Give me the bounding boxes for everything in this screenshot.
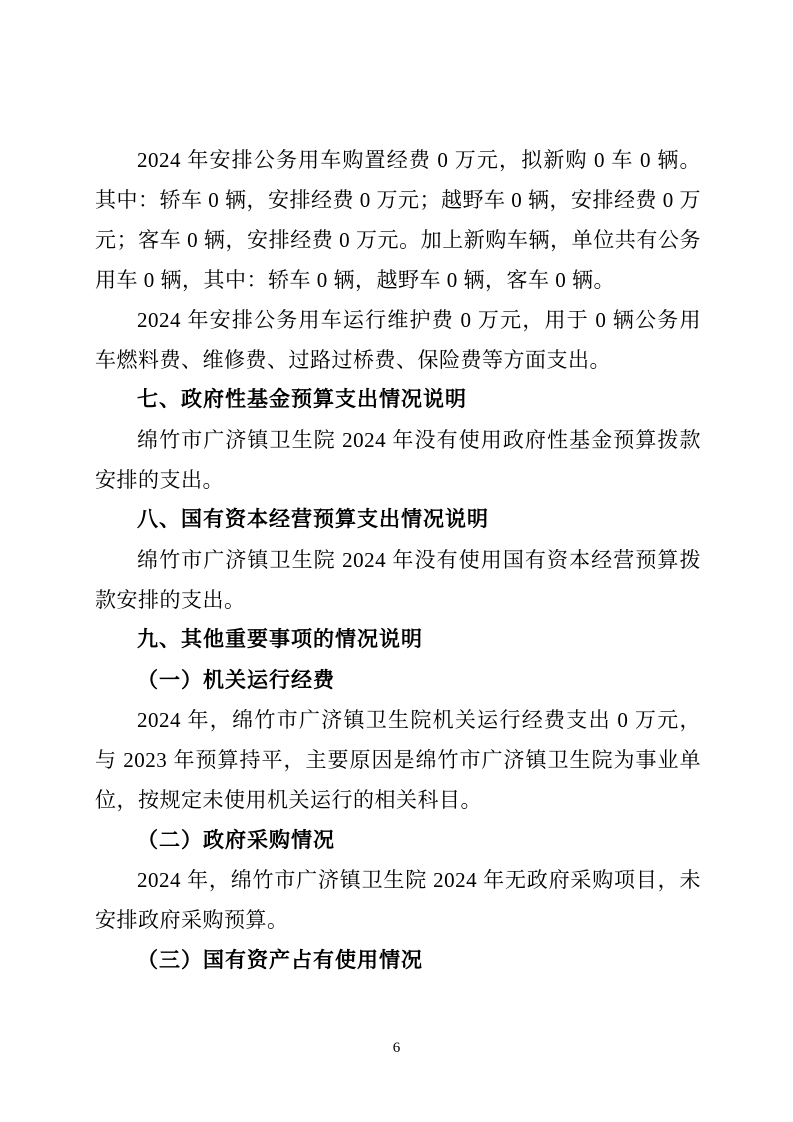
page-number: 6 <box>393 1040 401 1056</box>
document-body: 2024 年安排公务用车购置经费 0 万元，拟新购 0 车 0 辆。其中：轿车 … <box>95 140 701 980</box>
section-heading: 九、其他重要事项的情况说明 <box>95 620 701 660</box>
body-paragraph: 2024 年安排公务用车运行维护费 0 万元，用于 0 辆公务用车燃料费、维修费… <box>95 300 701 380</box>
document-page: 2024 年安排公务用车购置经费 0 万元，拟新购 0 车 0 辆。其中：轿车 … <box>0 0 793 1122</box>
body-paragraph: 绵竹市广济镇卫生院 2024 年没有使用国有资本经营预算拨款安排的支出。 <box>95 540 701 620</box>
sub-section-heading: （一）机关运行经费 <box>95 660 701 700</box>
body-paragraph: 绵竹市广济镇卫生院 2024 年没有使用政府性基金预算拨款安排的支出。 <box>95 420 701 500</box>
body-paragraph: 2024 年，绵竹市广济镇卫生院机关运行经费支出 0 万元，与 2023 年预算… <box>95 700 701 820</box>
body-paragraph: 2024 年安排公务用车购置经费 0 万元，拟新购 0 车 0 辆。其中：轿车 … <box>95 140 701 300</box>
section-heading: 八、国有资本经营预算支出情况说明 <box>95 500 701 540</box>
page-footer: 6 <box>0 1038 793 1058</box>
section-heading: 七、政府性基金预算支出情况说明 <box>95 380 701 420</box>
body-paragraph: 2024 年，绵竹市广济镇卫生院 2024 年无政府采购项目，未安排政府采购预算… <box>95 860 701 940</box>
sub-section-heading: （二）政府采购情况 <box>95 820 701 860</box>
sub-section-heading: （三）国有资产占有使用情况 <box>95 940 701 980</box>
